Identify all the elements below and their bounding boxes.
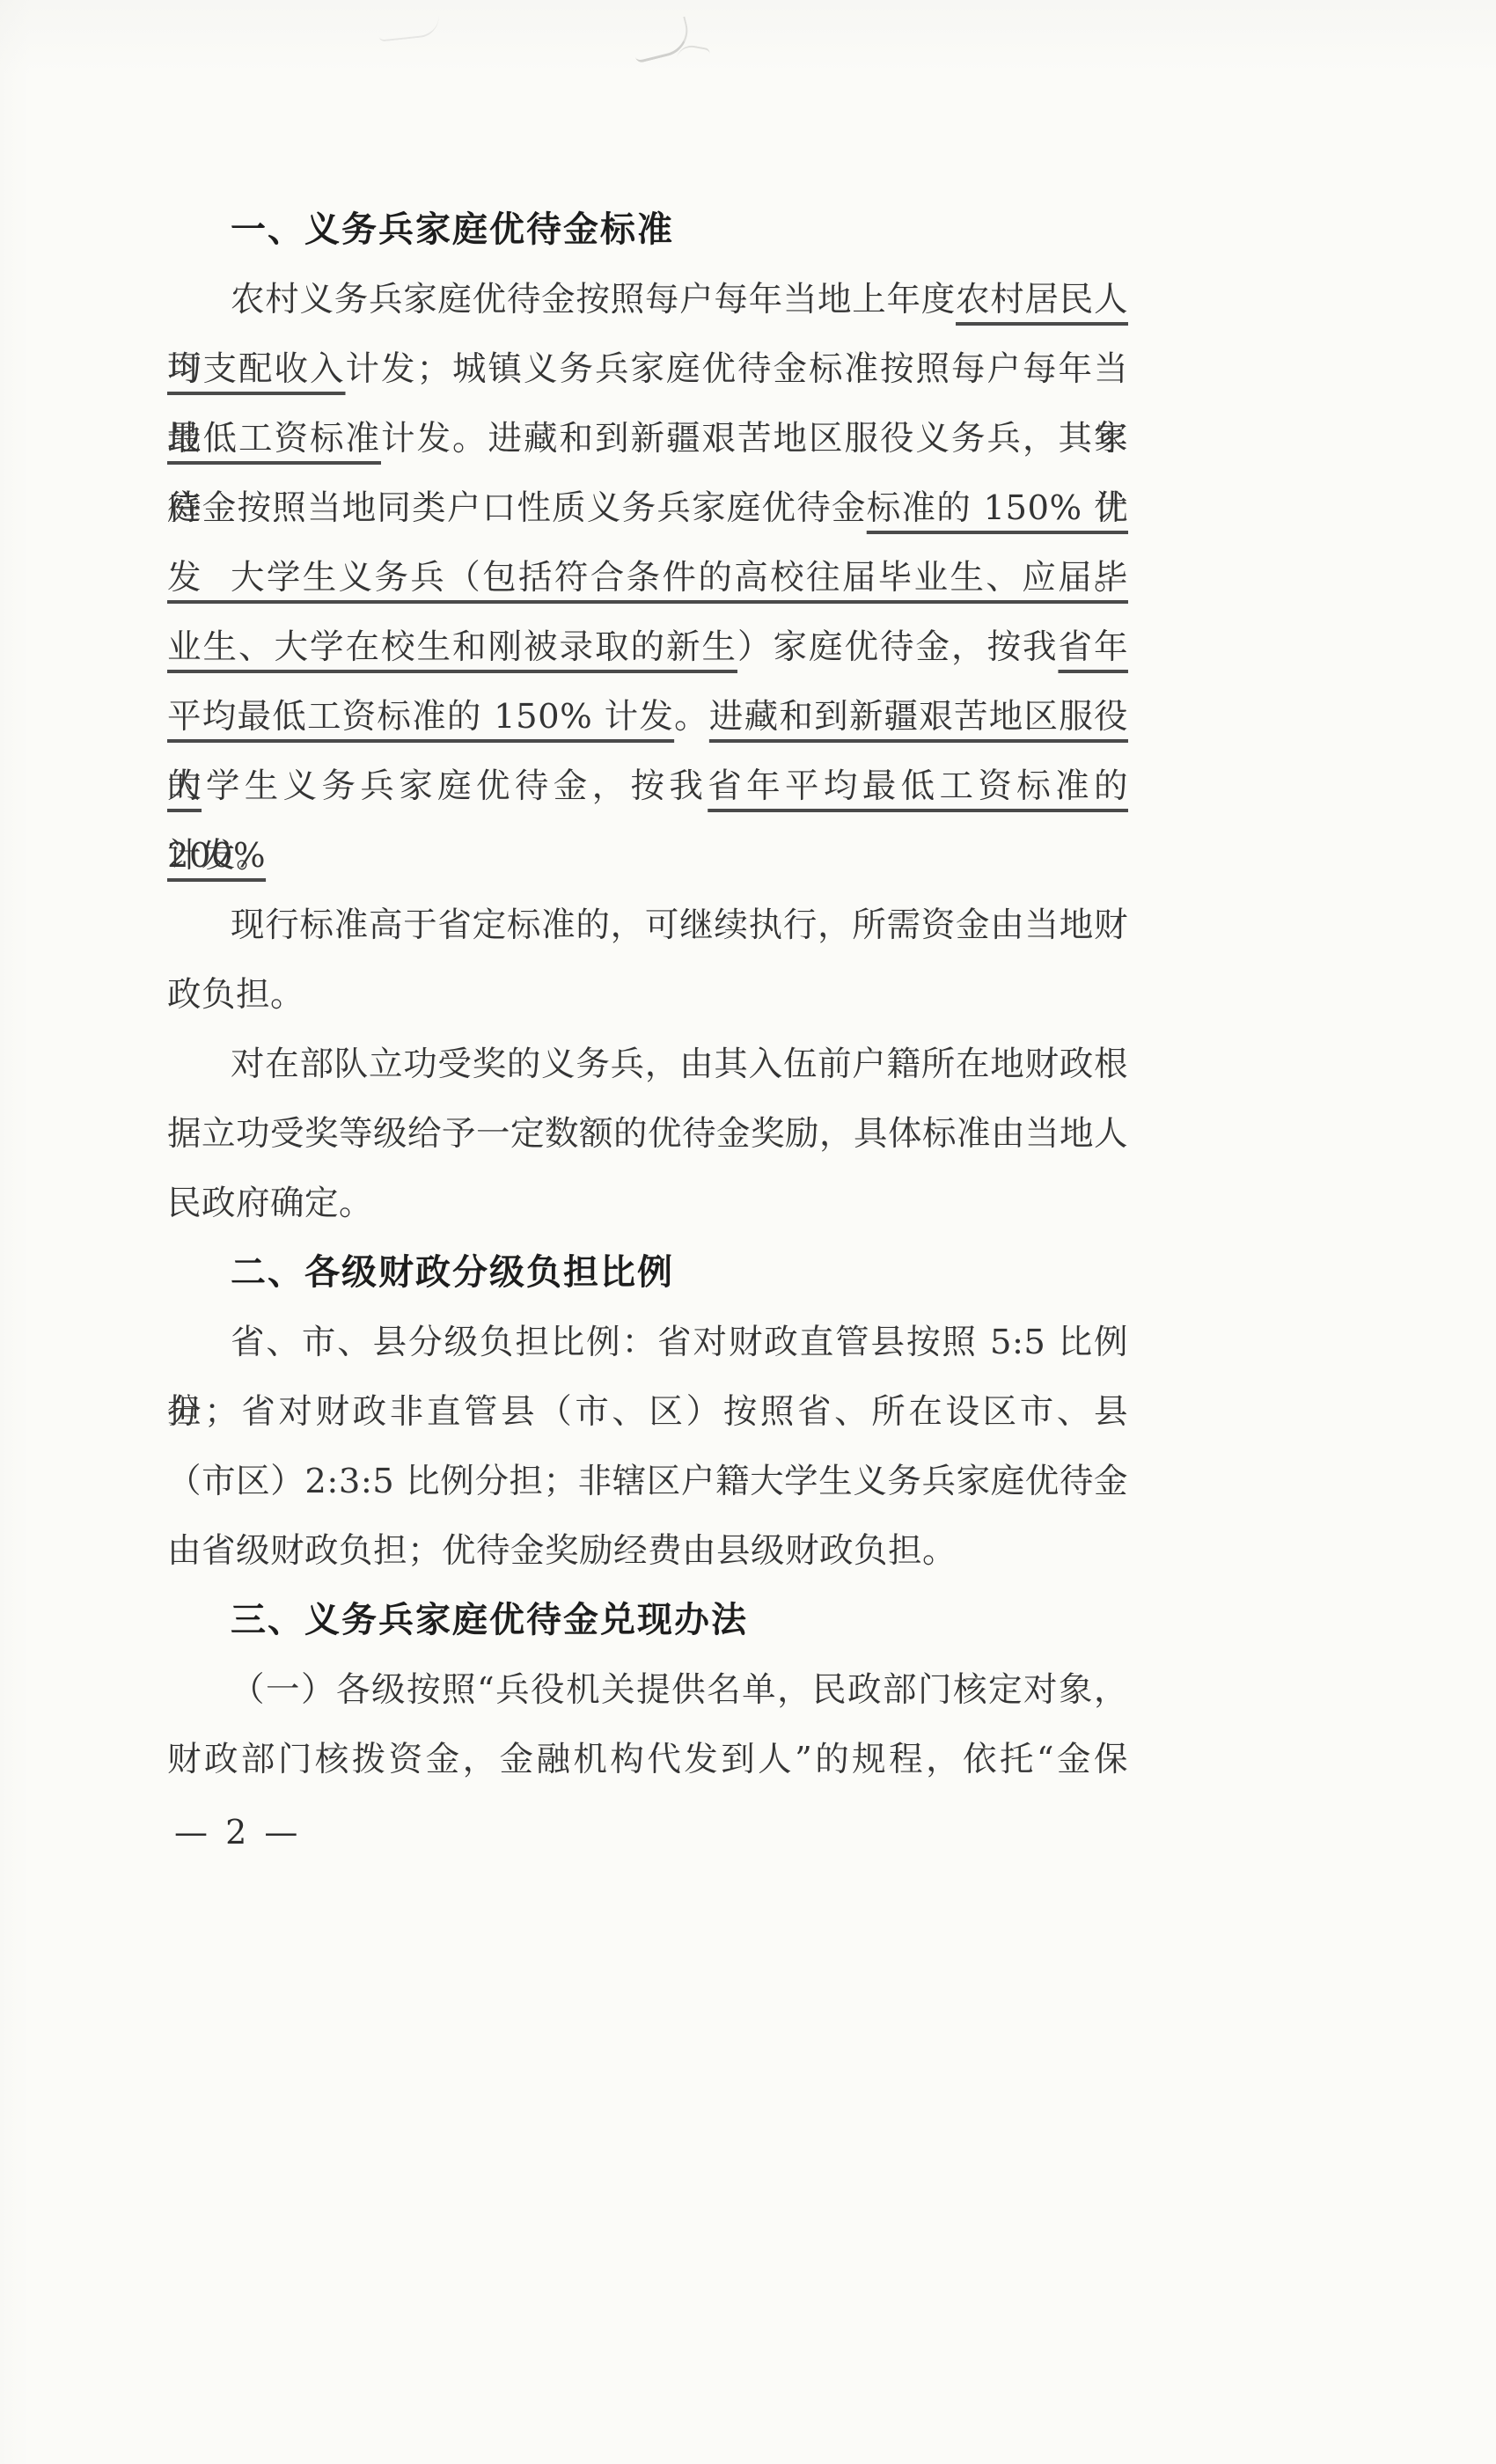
text-run: 由省级财政负担；优待金奖励经费由县级财政负担。 xyxy=(167,1531,957,1571)
section-heading: 一、义务兵家庭优待金标准 xyxy=(167,195,1128,265)
text-line: 计发。 xyxy=(167,821,1128,891)
text-run: ）家庭优待金，按我 xyxy=(737,627,1058,667)
scan-artifact xyxy=(677,43,711,64)
text-run: （一）各级按照“兵役机关提供名单，民政部门核定对象， xyxy=(231,1670,1128,1710)
text-line: 最低工资标准计发。进藏和到新疆艰苦地区服役义务兵，其家庭优 xyxy=(167,404,1128,473)
text-run: 据立功受奖等级给予一定数额的优待金奖励，具体标准由当地人 xyxy=(167,1114,1128,1154)
text-line: 据立功受奖等级给予一定数额的优待金奖励，具体标准由当地人 xyxy=(167,1099,1128,1169)
text-run: 二、各级财政分级负担比例 xyxy=(231,1252,674,1293)
page-number: — 2 — xyxy=(174,1806,301,1859)
underlined-text: 可支配收入 xyxy=(167,349,346,389)
text-line: 农村义务兵家庭优待金按照每户每年当地上年度农村居民人均 xyxy=(167,265,1128,334)
text-line: 平均最低工资标准的 150% 计发。进藏和到新疆艰苦地区服役的 xyxy=(167,682,1128,752)
text-run: 政负担。 xyxy=(167,975,304,1015)
text-line: 业生、大学在校生和刚被录取的新生）家庭优待金，按我省年 xyxy=(167,612,1128,682)
text-run: 财政部门核拨资金，金融机构代发到人”的规程，依托“金保 xyxy=(167,1740,1128,1779)
scan-artifact xyxy=(628,17,693,64)
text-run: （市区）2:3:5 比例分担；非辖区户籍大学生义务兵家庭优待金 xyxy=(167,1462,1128,1501)
scanned-document-page: 一、义务兵家庭优待金标准农村义务兵家庭优待金按照每户每年当地上年度农村居民人均可… xyxy=(0,0,1496,2464)
text-run: 待金按照当地同类户口性质义务兵家庭优待金 xyxy=(167,488,867,528)
text-run: 。 xyxy=(236,836,270,876)
document-body: 一、义务兵家庭优待金标准农村义务兵家庭优待金按照每户每年当地上年度农村居民人均可… xyxy=(167,195,1128,1794)
text-run: 大学生义务兵家庭优待金，按我 xyxy=(167,766,708,806)
underlined-text: 最低工资标准 xyxy=(167,419,381,458)
text-run: 大学生义务兵（包括符合条件的高校 xyxy=(231,558,806,598)
text-line: 民政府确定。 xyxy=(167,1169,1128,1238)
text-run: 民政府确定。 xyxy=(167,1184,373,1223)
text-run: 现行标准高于省定标准的，可继续执行，所需资金由当地财 xyxy=(231,906,1128,945)
text-line: 政负担。 xyxy=(167,960,1128,1030)
text-run: 担；省对财政非直管县（市、区）按照省、所在设区市、县 xyxy=(167,1392,1128,1432)
underlined-text: 业生、大学在校生和刚被录取的新生 xyxy=(167,627,737,667)
text-line: （市区）2:3:5 比例分担；非辖区户籍大学生义务兵家庭优待金 xyxy=(167,1447,1128,1516)
text-run: 一、义务兵家庭优待金标准 xyxy=(231,209,674,250)
underlined-text: 平均最低工资标准的 150% 计发 xyxy=(167,697,674,737)
text-line: 财政部门核拨资金，金融机构代发到人”的规程，依托“金保 xyxy=(167,1725,1128,1794)
text-line: 省、市、县分级负担比例：省对财政直管县按照 5:5 比例分 xyxy=(167,1308,1128,1377)
text-line: 由省级财政负担；优待金奖励经费由县级财政负担。 xyxy=(167,1516,1128,1586)
text-line: 待金按照当地同类户口性质义务兵家庭优待金标准的 150% 计发。 xyxy=(167,473,1128,543)
text-line: 大学生义务兵家庭优待金，按我省年平均最低工资标准的 200% xyxy=(167,752,1128,821)
text-line: 担；省对财政非直管县（市、区）按照省、所在设区市、县 xyxy=(167,1377,1128,1447)
underlined-text: 往届毕业生、应届毕 xyxy=(806,558,1128,598)
text-line: 对在部队立功受奖的义务兵，由其入伍前户籍所在地财政根 xyxy=(167,1030,1128,1099)
section-heading: 二、各级财政分级负担比例 xyxy=(167,1238,1128,1308)
underlined-text: 计发 xyxy=(167,836,236,876)
underlined-text: 省年 xyxy=(1058,627,1128,667)
text-run: 对在部队立功受奖的义务兵，由其入伍前户籍所在地财政根 xyxy=(231,1045,1128,1084)
section-heading: 三、义务兵家庭优待金兑现办法 xyxy=(167,1586,1128,1655)
text-line: 现行标准高于省定标准的，可继续执行，所需资金由当地财 xyxy=(167,891,1128,960)
scan-artifact xyxy=(378,14,441,41)
text-run: 三、义务兵家庭优待金兑现办法 xyxy=(231,1600,748,1640)
text-run: 农村义务兵家庭优待金按照每户每年当地上年度 xyxy=(231,280,956,319)
text-run: 。 xyxy=(674,697,709,737)
text-line: （一）各级按照“兵役机关提供名单，民政部门核定对象， xyxy=(167,1655,1128,1725)
text-line: 可支配收入计发；城镇义务兵家庭优待金标准按照每户每年当地年 xyxy=(167,334,1128,404)
text-line: 大学生义务兵（包括符合条件的高校往届毕业生、应届毕 xyxy=(167,543,1128,612)
